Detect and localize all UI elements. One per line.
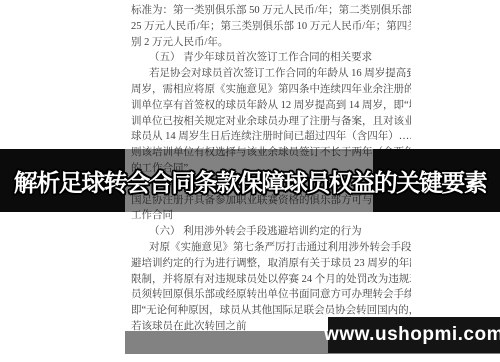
doc-line: 周岁，需相应将原《实施意见》第四条中连续四年业余注册的培 xyxy=(131,82,411,98)
watermark-url: www.ushopmi.com xyxy=(324,324,500,346)
doc-line: 别 2 万元人民币/年。 xyxy=(131,35,411,51)
doc-line: 训单位已按相关规定对业余球员办理了注册与备案，且对该业余 xyxy=(131,114,411,130)
watermark-badge: www.ushopmi.com xyxy=(328,317,500,353)
doc-line: 标准为：第一类别俱乐部 50 万元人民币/年；第二类别俱乐部 xyxy=(131,3,411,19)
doc-line: 限制，并将原有对违规球员处以停赛 24 个月的处罚改为违规球 xyxy=(131,272,411,288)
doc-line: 球员从 14 周岁生日后连续注册时间已超过四年（含四年）…… xyxy=(131,129,411,145)
article-hero-image: 标准为：第一类别俱乐部 50 万元人民币/年；第二类别俱乐部 25 万元人民币/… xyxy=(0,0,500,362)
doc-line: 25 万元人民币/年；第三类别俱乐部 10 万元人民币/年；第四类 xyxy=(131,19,411,35)
article-title: 解析足球转会合同条款保障球员权益的关键要素 xyxy=(0,163,500,198)
doc-line: 员须转回原俱乐部或经原转出单位书面同意方可办理转会手续， xyxy=(131,287,411,303)
doc-line: 对原《实施意见》第七条严厉打击通过利用涉外转会手段逃 xyxy=(131,240,411,256)
title-banner: 解析足球转会合同条款保障球员权益的关键要素 xyxy=(0,149,500,212)
doc-line: 避培训约定的行为进行调整，取消原有关于球员 23 周岁的年龄 xyxy=(131,256,411,272)
doc-section-heading: （六） 利用涉外转会手段逃避培训约定的行为 xyxy=(131,224,411,240)
doc-section-heading: （五） 青少年球员首次签订工作合同的相关要求 xyxy=(131,50,411,66)
doc-line: 若足协会对球员首次签订工作合同的年龄从 16 周岁提高到 18 xyxy=(131,66,411,82)
doc-line: 训单位享有首签权的球员年龄从 12 周岁提高到 14 周岁，即“培 xyxy=(131,98,411,114)
